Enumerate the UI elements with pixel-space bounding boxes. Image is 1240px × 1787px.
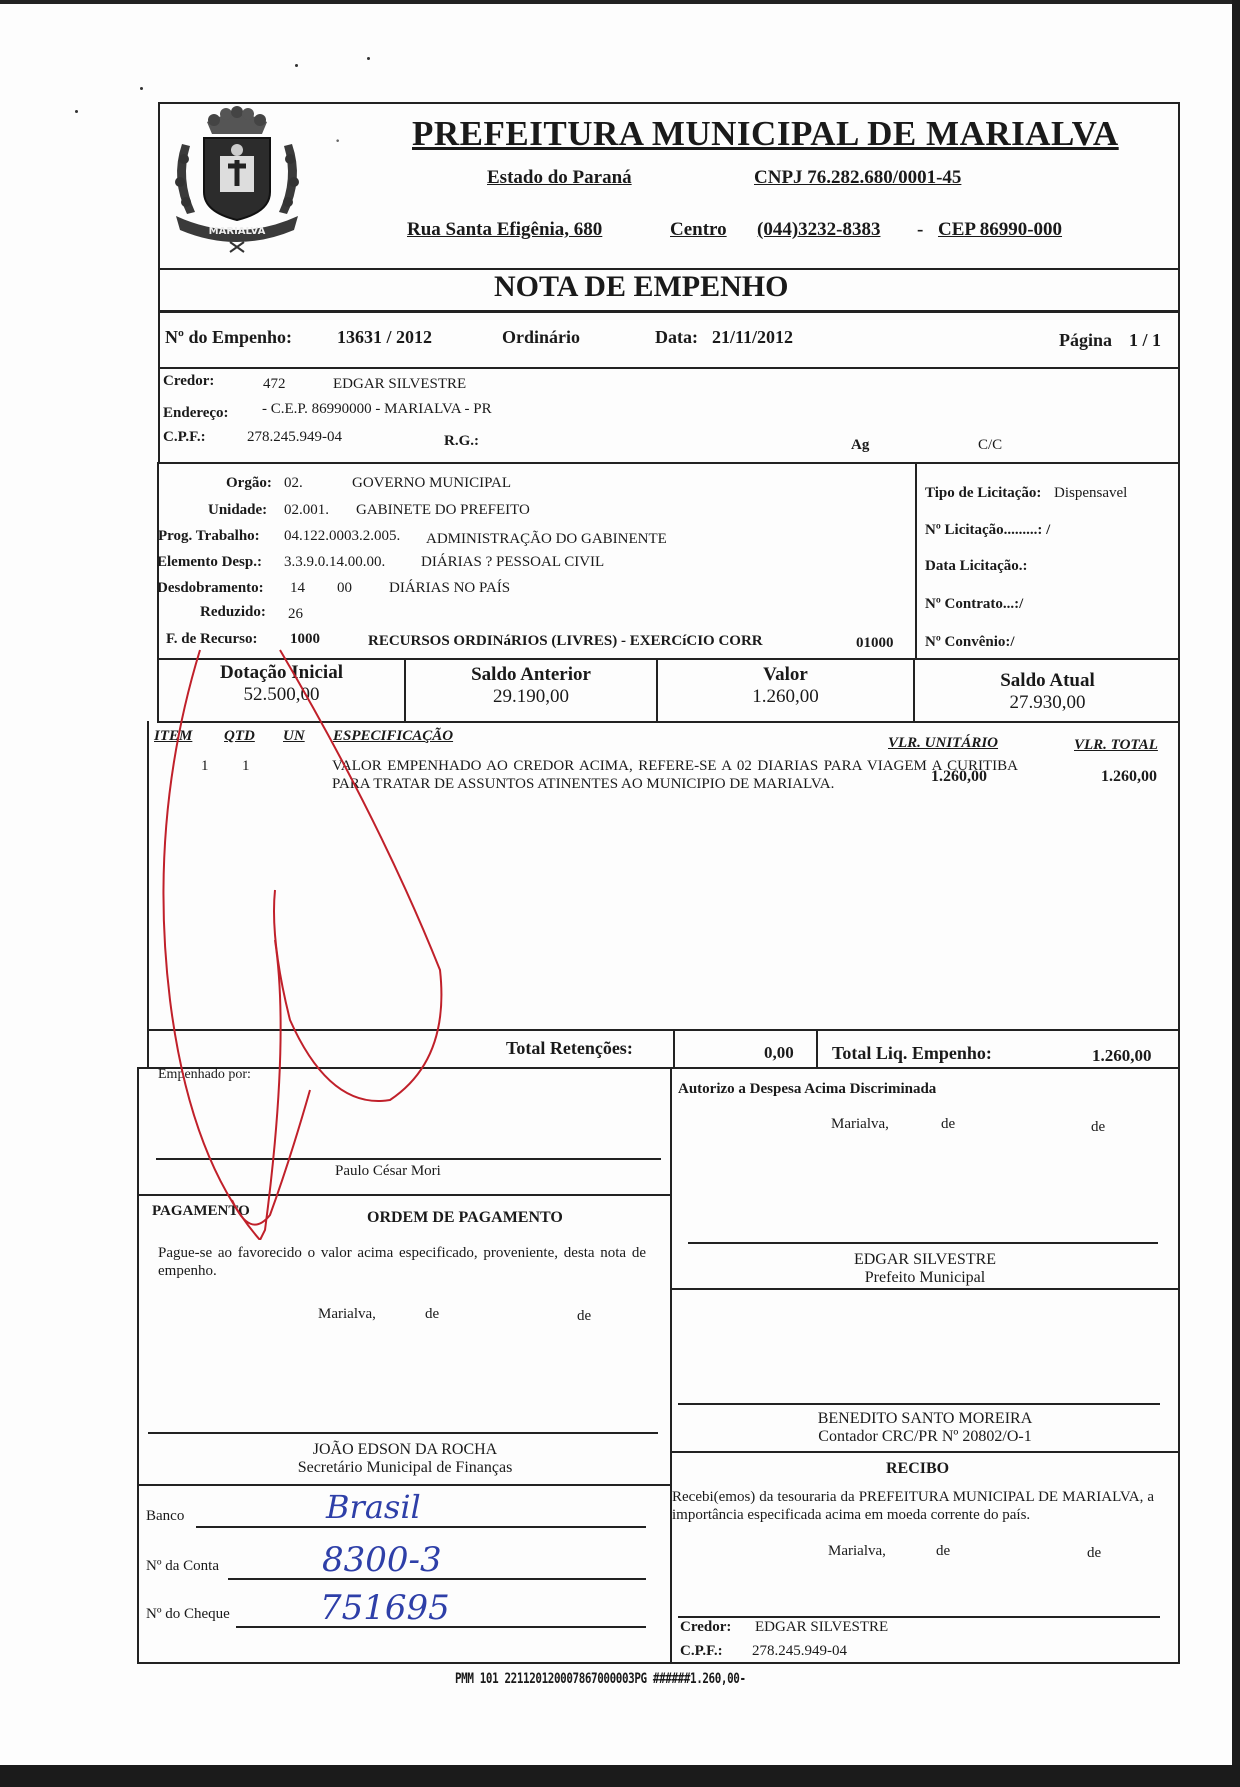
check-mark-icon xyxy=(140,640,460,1240)
elemento-name: DIÁRIAS ? PESSOAL CIVIL xyxy=(421,554,604,571)
recibo-cpf: 278.245.949-04 xyxy=(752,1643,847,1660)
pagamento-de-2: de xyxy=(577,1308,591,1325)
prefeito-name: EDGAR SILVESTRE xyxy=(672,1251,1178,1269)
scan-speck xyxy=(140,87,143,90)
svg-text:MARIALVA: MARIALVA xyxy=(209,226,266,237)
secretario-signature-block: JOÃO EDSON DA ROCHA Secretário Municipal… xyxy=(150,1441,660,1477)
ag-label: Ag xyxy=(851,437,869,454)
empenho-number: 13631 / 2012 xyxy=(337,327,432,348)
page-number: 1 / 1 xyxy=(1129,330,1161,351)
state-name: Estado do Paraná xyxy=(487,167,632,189)
divider xyxy=(671,1288,1179,1290)
pagamento-place: Marialva, xyxy=(318,1306,376,1323)
rg-label: R.G.: xyxy=(444,433,479,450)
cc-label: C/C xyxy=(978,437,1002,454)
unidade-name: GABINETE DO PREFEITO xyxy=(356,502,530,519)
autorizo-label: Autorizo a Despesa Acima Discriminada xyxy=(678,1081,936,1098)
scan-edge-top xyxy=(0,0,1240,4)
cheque-label: Nº do Cheque xyxy=(146,1606,230,1623)
saldo-label: Valor xyxy=(658,664,913,686)
prog-name: ADMINISTRAÇÃO DO GABINENTE xyxy=(426,531,667,548)
pagamento-de-1: de xyxy=(425,1306,439,1323)
empenho-type: Ordinário xyxy=(502,327,580,348)
scan-edge-right xyxy=(1232,0,1240,1787)
scan-mark: · xyxy=(334,128,341,154)
credor-code: 472 xyxy=(263,376,286,393)
saldo-value: 1.260,00 xyxy=(658,686,913,708)
autorizo-place: Marialva, xyxy=(831,1116,889,1133)
banco-field-line xyxy=(196,1526,646,1528)
licitacao-date: Data Licitação.: xyxy=(925,558,1027,575)
address-label: Endereço: xyxy=(163,405,229,422)
reduzido-value: 26 xyxy=(288,606,303,623)
conta-label: Nº da Conta xyxy=(146,1558,219,1575)
cep: CEP 86990-000 xyxy=(938,219,1062,241)
municipality-title: PREFEITURA MUNICIPAL DE MARIALVA xyxy=(412,114,1119,154)
divider xyxy=(671,1451,1179,1453)
elemento-label: Elemento Desp.: xyxy=(157,554,262,571)
contador-signature-block: BENEDITO SANTO MOREIRA Contador CRC/PR N… xyxy=(672,1410,1178,1446)
autorizo-de-1: de xyxy=(941,1116,955,1133)
recibo-text: Recebi(emos) da tesouraria da PREFEITURA… xyxy=(672,1488,1154,1524)
recibo-cpf-label: C.P.F.: xyxy=(680,1643,723,1660)
divider xyxy=(670,1068,672,1663)
divider xyxy=(816,1031,818,1067)
pagamento-text: Pague-se ao favorecido o valor acima esp… xyxy=(158,1244,646,1280)
signature-line xyxy=(678,1403,1160,1405)
convenio-number: Nº Convênio:/ xyxy=(925,634,1015,651)
column-header-vlr-unitario: VLR. UNITÁRIO xyxy=(888,735,998,752)
item-total-value: 1.260,00 xyxy=(1101,768,1157,786)
prefeito-signature-block: EDGAR SILVESTRE Prefeito Municipal xyxy=(672,1251,1178,1287)
prog-label: Prog. Trabalho: xyxy=(158,528,260,545)
desdobramento-name: DIÁRIAS NO PAÍS xyxy=(389,580,510,597)
date-label: Data: xyxy=(655,327,698,348)
licitacao-number: Nº Licitação.........: / xyxy=(925,522,1050,539)
saldo-valor: Valor 1.260,00 xyxy=(658,664,913,708)
licitacao-type-label: Tipo de Licitação: xyxy=(925,485,1041,502)
banco-handwritten[interactable]: Brasil xyxy=(326,1488,421,1526)
prefeito-role: Prefeito Municipal xyxy=(672,1269,1178,1287)
phone: (044)3232-8383 xyxy=(757,219,880,241)
secretario-name: JOÃO EDSON DA ROCHA xyxy=(150,1441,660,1459)
address: Rua Santa Efigênia, 680 xyxy=(407,219,602,241)
autorizo-de-2: de xyxy=(1091,1119,1105,1136)
separator-dash: - xyxy=(917,219,923,241)
credor-address: - C.E.P. 86990000 - MARIALVA - PR xyxy=(262,401,492,418)
contrato-number: Nº Contrato...:/ xyxy=(925,596,1023,613)
cheque-handwritten[interactable]: 751695 xyxy=(320,1588,450,1628)
recibo-place: Marialva, xyxy=(828,1543,886,1560)
banco-label: Banco xyxy=(146,1508,184,1525)
page-label: Página xyxy=(1059,330,1112,351)
orgao-code: 02. xyxy=(284,475,303,492)
district: Centro xyxy=(670,219,727,241)
signature-line xyxy=(678,1616,1160,1618)
divider xyxy=(673,1031,675,1067)
scan-edge-bottom xyxy=(0,1765,1240,1787)
scan-speck xyxy=(295,64,298,67)
orgao-name: GOVERNO MUNICIPAL xyxy=(352,475,511,492)
reduzido-label: Reduzido: xyxy=(200,604,266,621)
unidade-code: 02.001. xyxy=(284,502,329,519)
recibo-credor-label: Credor: xyxy=(680,1619,731,1636)
credor-name: EDGAR SILVESTRE xyxy=(333,376,466,393)
licitacao-type: Dispensavel xyxy=(1054,485,1127,502)
saldo-label: Saldo Atual xyxy=(915,670,1180,692)
recibo-credor: EDGAR SILVESTRE xyxy=(755,1619,888,1636)
elemento-code: 3.3.9.0.14.00.00. xyxy=(284,554,385,571)
retencoes-label: Total Retenções: xyxy=(506,1038,633,1059)
recibo-de-2: de xyxy=(1087,1545,1101,1562)
conta-handwritten[interactable]: 8300-3 xyxy=(322,1540,442,1580)
divider xyxy=(138,1484,670,1486)
credor-cpf: 278.245.949-04 xyxy=(247,429,342,446)
cpf-label: C.P.F.: xyxy=(163,429,206,446)
recibo-de-1: de xyxy=(936,1543,950,1560)
saldo-value: 27.930,00 xyxy=(915,692,1180,714)
orgao-label: Orgão: xyxy=(226,475,272,492)
item-unit-value: 1.260,00 xyxy=(931,768,987,786)
signature-line xyxy=(148,1432,658,1434)
credor-label: Credor: xyxy=(163,373,214,390)
scan-speck xyxy=(367,57,370,60)
retencoes-value: 0,00 xyxy=(764,1043,794,1063)
unidade-label: Unidade: xyxy=(208,502,267,519)
date-value: 21/11/2012 xyxy=(712,327,793,348)
coat-of-arms-icon: MARIALVA xyxy=(162,104,312,254)
column-header-vlr-total: VLR. TOTAL xyxy=(1074,737,1158,754)
document-title: NOTA DE EMPENHO xyxy=(494,270,788,304)
saldo-atual: Saldo Atual 27.930,00 xyxy=(915,670,1180,714)
signature-line xyxy=(688,1242,1158,1244)
desdobramento-code-1: 14 xyxy=(290,580,305,597)
prog-code: 04.122.0003.2.005. xyxy=(284,528,400,545)
recibo-title: RECIBO xyxy=(886,1460,949,1478)
divider xyxy=(915,463,917,660)
desdobramento-label: Desdobramento: xyxy=(157,580,264,597)
contador-name: BENEDITO SANTO MOREIRA xyxy=(672,1410,1178,1428)
desdobramento-code-2: 00 xyxy=(337,580,352,597)
recurso-number: 01000 xyxy=(856,635,894,652)
footer-code: PMM 101 221120120007867000003PG ######1.… xyxy=(455,1671,746,1687)
secretario-role: Secretário Municipal de Finanças xyxy=(150,1459,660,1477)
contador-role: Contador CRC/PR Nº 20802/O-1 xyxy=(672,1428,1178,1446)
empenho-number-label: Nº do Empenho: xyxy=(165,327,292,348)
cnpj: CNPJ 76.282.680/0001-45 xyxy=(754,167,961,189)
scan-speck xyxy=(75,110,78,113)
liq-empenho-label: Total Liq. Empenho: xyxy=(832,1043,992,1064)
liq-empenho-value: 1.260,00 xyxy=(1092,1046,1152,1066)
